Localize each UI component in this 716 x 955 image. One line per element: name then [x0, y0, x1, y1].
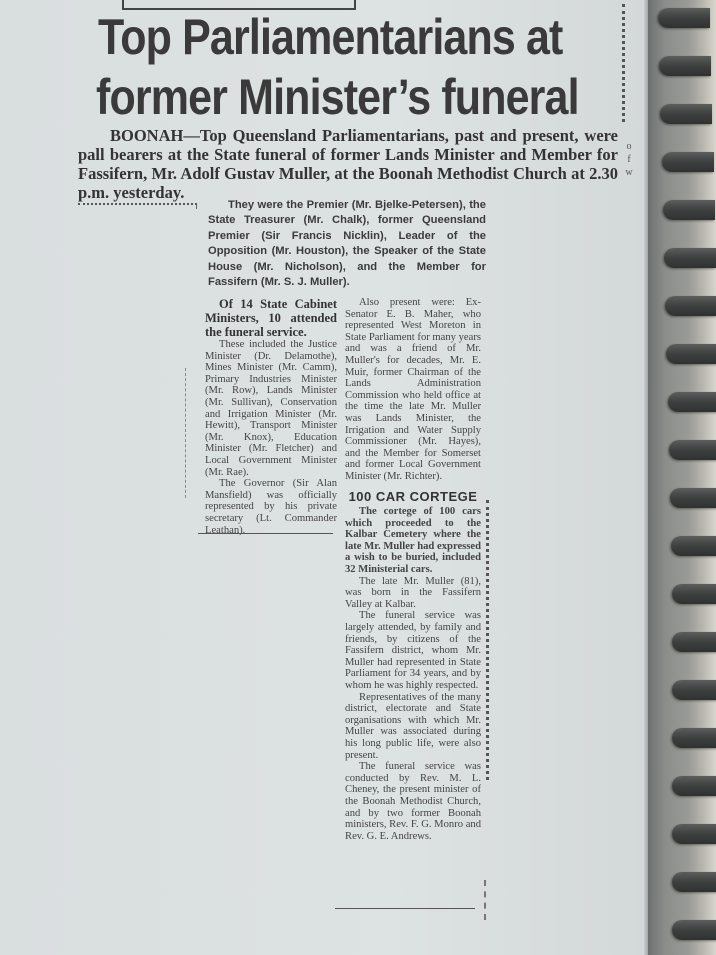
margin-marks: [185, 368, 190, 498]
margin-note-char: f: [622, 153, 636, 166]
headline-line-2: former Minister’s funeral: [96, 72, 560, 122]
margin-note-char: o: [622, 140, 636, 153]
lead-paragraph: BOONAH—Top Queensland Parliamentarians, …: [78, 126, 618, 202]
column-b-paragraph: The late Mr. Muller (81), was born in th…: [345, 576, 481, 611]
margin-note-char: w: [622, 166, 636, 179]
column-a-paragraph: These included the Justice Minister (Dr.…: [205, 339, 337, 478]
headline-line-1: Top Parliamentarians at: [98, 12, 562, 62]
dashed-border-right: [484, 880, 486, 920]
binder-ring: [662, 152, 714, 172]
binder-ring: [672, 728, 716, 748]
binder-ring: [659, 56, 711, 76]
binder-ring: [669, 440, 716, 460]
margin-note: o f w: [622, 140, 636, 179]
binder-ring: [672, 824, 716, 844]
column-a: Of 14 State Cabinet Ministers, 10 attend…: [205, 297, 337, 536]
binder-ring: [668, 392, 716, 412]
binder-ring: [660, 104, 712, 124]
column-a-paragraph: The Governor (Sir Alan Mansfield) was of…: [205, 478, 337, 536]
lead-text: BOONAH—Top Queensland Parliamentarians, …: [78, 126, 618, 202]
binder-ring: [664, 248, 716, 268]
dotted-border: [622, 4, 625, 122]
column-b-paragraph: The funeral service was largely attended…: [345, 610, 481, 691]
column-b-end-rule: [335, 908, 475, 909]
column-b-paragraph: The funeral service was conducted by Rev…: [345, 761, 481, 842]
binder-ring: [672, 584, 716, 604]
spiral-binder: [648, 0, 716, 955]
binder-ring: [672, 776, 716, 796]
binder-ring: [672, 872, 716, 892]
binder-ring: [672, 920, 716, 940]
subhead-100-car-cortege: 100 CAR CORTEGE: [345, 491, 481, 503]
binder-ring: [672, 632, 716, 652]
column-b-paragraph: Also present were: Ex-Senator E. B. Mahe…: [345, 297, 481, 483]
pallbearers-paragraph: They were the Premier (Mr. Bjelke-Peters…: [208, 198, 486, 290]
binder-ring: [658, 8, 710, 28]
column-a-subhead: Of 14 State Cabinet Ministers, 10 attend…: [205, 297, 337, 339]
column-b: Also present were: Ex-Senator E. B. Mahe…: [345, 297, 481, 842]
binder-ring: [666, 344, 716, 364]
binder-ring: [671, 536, 716, 556]
column-a-end-rule: [198, 533, 333, 534]
binder-ring: [672, 680, 716, 700]
binder-ring: [663, 200, 715, 220]
dotted-rule: [78, 203, 197, 209]
column-b-paragraph: Representatives of the many district, el…: [345, 692, 481, 762]
cortege-paragraph: The cortege of 100 cars which proceeded …: [345, 506, 481, 576]
binder-ring: [665, 296, 716, 316]
dotted-border-right: [486, 500, 489, 780]
binder-ring: [670, 488, 716, 508]
